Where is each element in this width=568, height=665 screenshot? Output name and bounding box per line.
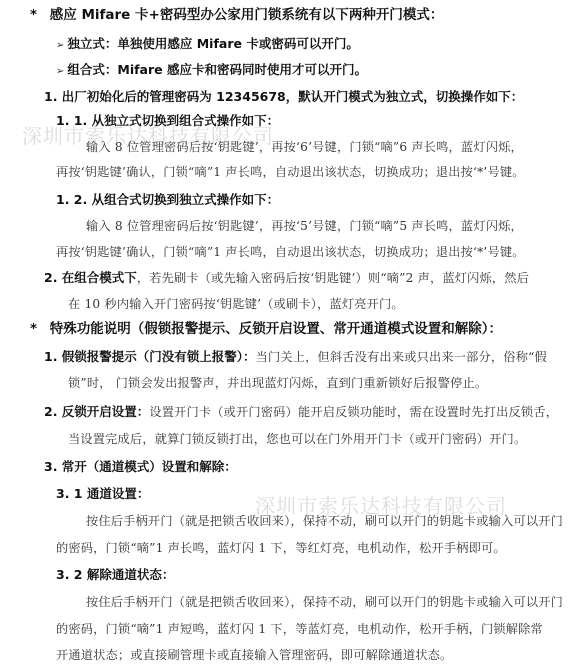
mode-text: 组合式：Mifare 感应卡和密码同时使用才可以开门。 [67,62,367,77]
section-title: 感应 Mifare 卡+密码型办公家用门锁系统有以下两种开门模式： [50,7,444,23]
subheading-cancel-passage: 3. 2 解除通道状态： [56,567,174,583]
paragraph-text: 当门关上，但斜舌没有出来或只出来一部分，俗称“假 [256,350,547,364]
mode-combined: ➢组合式：Mifare 感应卡和密码同时使用才可以开门。 [56,62,367,80]
item-title: 1. 假锁报警提示（门没有锁上报警）： [44,349,256,364]
paragraph-line: 的密码，门锁“嘀”1 声长鸣，蓝灯闪 1 下，等红灯亮，电机动作，松开手柄即可。 [56,540,506,556]
paragraph-line: 在 10 秒内输入开门密码按‘钥匙键’（或刷卡），蓝灯亮开门。 [68,296,404,312]
arrow-bullet-icon: ➢ [56,38,64,54]
section-title: 特殊功能说明（假锁报警提示、反锁开启设置、常开通道模式设置和解除）： [50,321,502,337]
item-passage-mode: 3. 常开（通道模式）设置和解除： [44,459,237,475]
subheading-passage-setting: 3. 1 通道设置： [56,486,149,502]
paragraph-line: 再按‘钥匙键’确认，门锁“嘀”1 声长鸣，自动退出该状态，切换成功；退出按‘*’… [56,164,525,180]
section-heading-modes: * 感应 Mifare 卡+密码型办公家用门锁系统有以下两种开门模式： [30,7,443,23]
subheading-combined-to-independent: 1. 2. 从组合式切换到独立式操作如下： [56,192,279,208]
paragraph-line: 的密码，门锁“嘀”1 声短鸣，蓝灯闪 1 下，等蓝灯亮，电机动作，松开手柄，门锁… [56,621,543,637]
item-fake-lock-alarm: 1. 假锁报警提示（门没有锁上报警）：当门关上，但斜舌没有出来或只出来一部分，俗… [44,349,547,365]
paragraph-line: 输入 8 位管理密码后按‘钥匙键’，再按‘6’号键，门锁“嘀”6 声长鸣，蓝灯闪… [86,139,523,155]
asterisk-marker: * [30,321,37,337]
paragraph-line: 锁”时， 门锁会发出报警声，并出现蓝灯闪烁，直到门重新锁好后报警停止。 [68,375,487,391]
mode-independent: ➢独立式：单独使用感应 Mifare 卡或密码可以开门。 [56,36,359,54]
paragraph-line: 按住后手柄开门（就是把锁舌收回来），保持不动，刷可以开门的钥匙卡或输入可以开门 [86,594,563,610]
paragraph-line: 开通道状态；或直接刷管理卡或直接输入管理密码，即可解除通道状态。 [56,647,452,663]
mode-text: 独立式：单独使用感应 Mifare 卡或密码可以开门。 [67,36,358,51]
item-combined-mode: 2. 在组合模式下，若先刷卡（或先输入密码后按‘钥匙键’）则“嘀”2 声，蓝灯闪… [44,270,529,286]
paragraph-line: 输入 8 位管理密码后按‘钥匙键’，再按‘5’号键，门锁“嘀”5 声长鸣，蓝灯闪… [86,218,523,234]
section-heading-special-functions: * 特殊功能说明（假锁报警提示、反锁开启设置、常开通道模式设置和解除）： [30,321,502,337]
item-factory-password: 1. 出厂初始化后的管理密码为 12345678，默认开门模式为独立式，切换操作… [44,89,523,105]
arrow-bullet-icon: ➢ [56,64,64,80]
paragraph-line: 当设置完成后，就算门锁反锁打出，您也可以在门外用开门卡（或开门密码）开门。 [68,431,526,447]
asterisk-marker: * [30,7,37,23]
subheading-independent-to-combined: 1. 1. 从独立式切换到组合式操作如下： [56,113,279,129]
item-title: 2. 反锁开启设置： [44,404,149,419]
paragraph-text: ，若先刷卡（或先输入密码后按‘钥匙键’）则“嘀”2 声，蓝灯闪烁，然后 [137,271,529,285]
paragraph-line: 按住后手柄开门（就是把锁舌收回来），保持不动，刷可以开门的钥匙卡或输入可以开门 [86,513,563,529]
item-deadlock-setting: 2. 反锁开启设置：设置开门卡（或开门密码）能开启反锁功能时，需在设置时先打出反… [44,404,558,420]
item-title: 2. 在组合模式下 [44,270,137,285]
paragraph-text: 设置开门卡（或开门密码）能开启反锁功能时，需在设置时先打出反锁舌， [149,405,558,419]
paragraph-line: 再按‘钥匙键’确认，门锁“嘀”1 声长鸣，自动退出该状态，切换成功；退出按‘*’… [56,244,525,260]
